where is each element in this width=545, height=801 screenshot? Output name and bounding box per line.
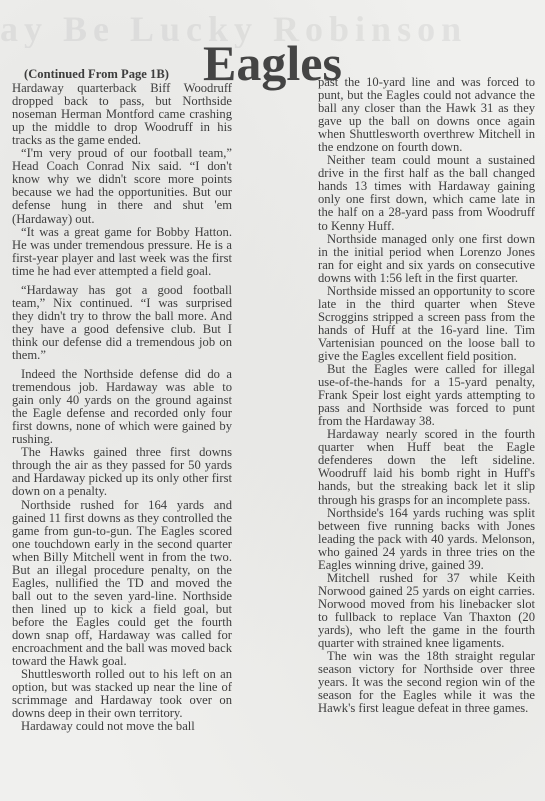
paragraph: Northside's 164 yards ruching was split … [318,507,535,572]
paragraph: The Hawks gained three first downs throu… [12,446,232,498]
paragraph: Hardaway nearly scored in the fourth qua… [318,428,535,506]
paragraph: “Hardaway has got a good football team,”… [12,284,232,362]
paragraph: “I'm very proud of our football team,” H… [12,147,232,225]
article-column-right: past the 10-yard line and was forced to … [318,76,535,715]
paragraph: Northside rushed for 164 yards and gaine… [12,499,232,669]
continued-from-label: (Continued From Page 1B) [24,68,232,81]
paragraph: But the Eagles were called for illegal u… [318,363,535,428]
paragraph: Indeed the Northside defense did do a tr… [12,368,232,446]
paragraph: The win was the 18th straight regular se… [318,650,535,715]
paragraph: Shuttlesworth rolled out to his left on … [12,668,232,720]
paragraph: Northside missed an opportunity to score… [318,285,535,363]
article-column-left: (Continued From Page 1B) Hardaway quarte… [12,68,232,733]
paragraph: Hardaway quarterback Biff Woodruff dropp… [12,82,232,147]
paragraph: Hardaway could not move the ball [12,720,232,733]
paragraph: “It was a great game for Bobby Hatton. H… [12,226,232,278]
paragraph: Mitchell rushed for 37 while Keith Norwo… [318,572,535,650]
paragraph: past the 10-yard line and was forced to … [318,76,535,154]
paragraph: Neither team could mount a sustained dri… [318,154,535,232]
paragraph: Northside managed only one first down in… [318,233,535,285]
